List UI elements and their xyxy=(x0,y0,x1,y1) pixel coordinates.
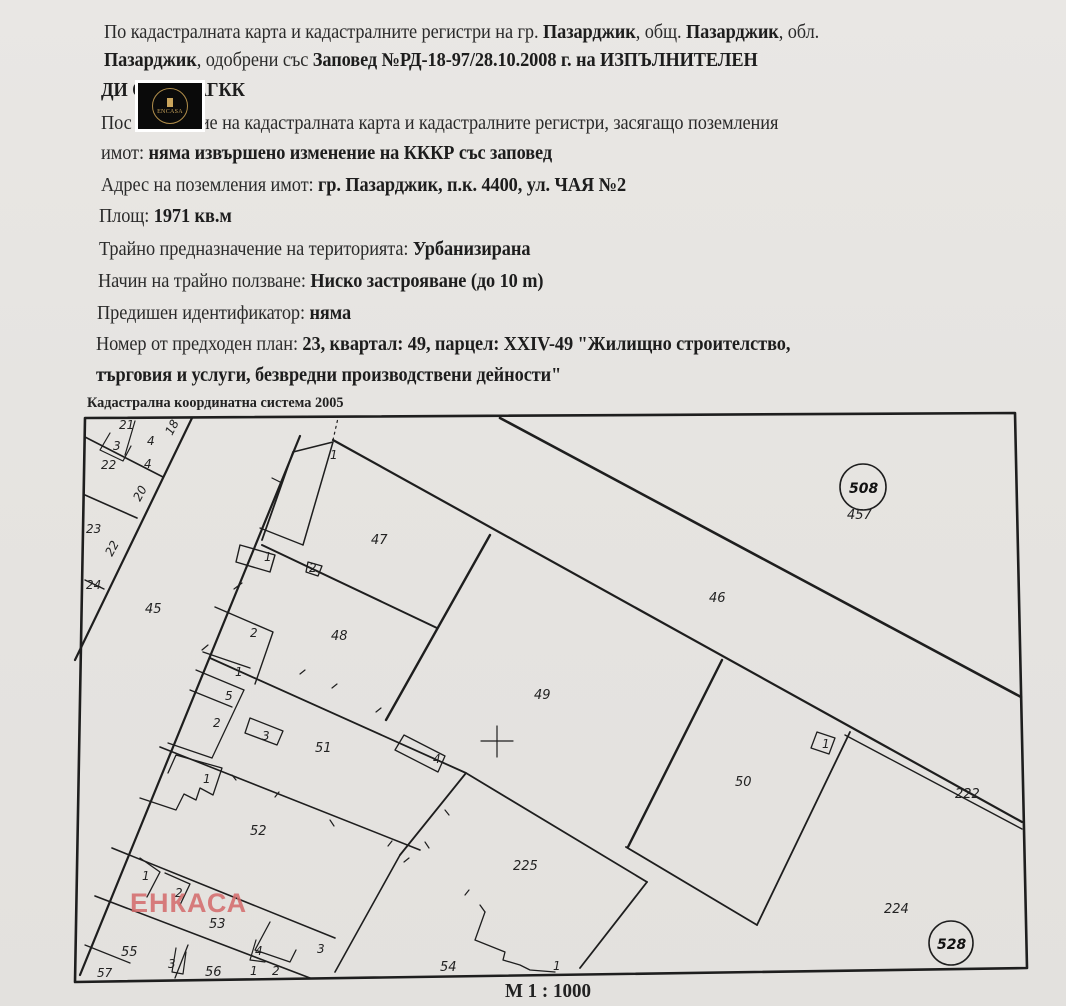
parcel-label-225: 225 xyxy=(513,859,538,874)
parcel-label-222: 222 xyxy=(955,787,980,802)
encasa-watermark: ЕНКАСА xyxy=(130,888,247,919)
building-label: 2 xyxy=(250,626,258,640)
parcel-label-55: 55 xyxy=(121,945,138,960)
parcel-label-57: 57 xyxy=(97,966,113,980)
building-label: 2 xyxy=(272,964,280,978)
strip-label-24: 24 xyxy=(86,578,101,592)
building-label: 2 xyxy=(309,561,317,575)
strip-label-20: 20 xyxy=(130,483,150,503)
strip-label-18: 18 xyxy=(162,417,182,437)
building-label: 1 xyxy=(142,869,150,883)
parcel-label-47: 47 xyxy=(371,533,388,548)
building-label: 1 xyxy=(235,665,243,679)
strip-label-4b: 4 xyxy=(144,457,152,471)
strip-label-3: 3 xyxy=(113,439,121,453)
parcel-label-54: 54 xyxy=(440,960,457,975)
building-label: 4 xyxy=(255,944,263,958)
block-number-528: 528 xyxy=(937,937,966,953)
cadastral-map: 47 48 49 50 51 52 53 54 55 56 57 45 46 2… xyxy=(0,0,1066,1006)
parcel-label-45: 45 xyxy=(145,602,162,617)
parcel-label-48: 48 xyxy=(331,629,348,644)
strip-label-4a: 4 xyxy=(147,434,155,448)
parcel-label-224: 224 xyxy=(884,902,909,917)
parcel-label-49: 49 xyxy=(534,688,551,703)
building-label: 4 xyxy=(433,752,441,766)
parcel-label-52: 52 xyxy=(250,824,267,839)
building-label: 1 xyxy=(553,959,561,973)
building-label: 1 xyxy=(264,550,272,564)
building-label: 1 xyxy=(203,772,211,786)
building-label: 1 xyxy=(330,448,338,462)
building-label: 5 xyxy=(225,689,233,703)
strip-label-21: 21 xyxy=(119,418,134,432)
building-label: 1 xyxy=(822,737,830,751)
parcel-label-56: 56 xyxy=(205,965,222,980)
building-label: 3 xyxy=(262,729,270,743)
building-label: 3 xyxy=(168,957,176,971)
strip-label-22b: 22 xyxy=(102,538,122,558)
building-label: 3 xyxy=(317,942,325,956)
strip-label-23: 23 xyxy=(86,522,101,536)
parcel-label-457: 457 xyxy=(847,508,873,523)
parcel-label-53: 53 xyxy=(209,917,226,932)
parcel-label-46: 46 xyxy=(709,591,726,606)
parcel-label-51: 51 xyxy=(315,741,332,756)
parcel-label-50: 50 xyxy=(735,775,752,790)
block-number-508: 508 xyxy=(849,481,878,497)
strip-label-22: 22 xyxy=(101,458,116,472)
map-scale-label: М 1 : 1000 xyxy=(505,980,591,1003)
building-label: 2 xyxy=(213,716,221,730)
building-label: 1 xyxy=(250,964,258,978)
